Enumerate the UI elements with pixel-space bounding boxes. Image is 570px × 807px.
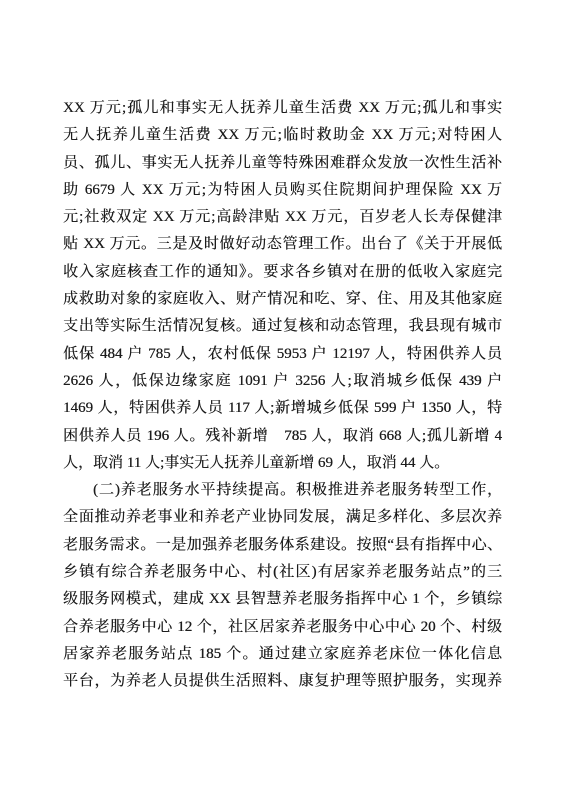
- text-line: (二)养老服务水平持续提高。积极推进养老服务转型工作，: [63, 477, 502, 504]
- text-line: 1469 人，特困供养人员 117 人;新增城乡低保 599 户 1350 人，…: [63, 395, 502, 422]
- text-line: 乡镇有综合养老服务中心、村(社区)有居家养老服务站点”的三: [63, 559, 502, 586]
- text-line: 级服务网模式，建成 XX 县智慧养老服务指挥中心 1 个，乡镇综: [63, 586, 502, 613]
- text-line: 支出等实际生活情况复核。通过复核和动态管理，我县现有城市: [63, 313, 502, 340]
- text-line: 全面推动养老事业和养老产业协同发展，满足多样化、多层次养: [63, 504, 502, 531]
- text-line: XX 万元;孤儿和事实无人抚养儿童生活费 XX 万元;孤儿和事实: [63, 95, 502, 122]
- text-line: 元;社救双定 XX 万元;高龄津贴 XX 万元，百岁老人长寿保健津: [63, 204, 502, 231]
- text-line: 人，取消 11 人;事实无人抚养儿童新增 69 人，取消 44 人。: [63, 450, 502, 477]
- text-line: 收入家庭核查工作的通知》。要求各乡镇对在册的低收入家庭完: [63, 259, 502, 286]
- text-line: 低保 484 户 785 人，农村低保 5953 户 12197 人，特困供养人…: [63, 341, 502, 368]
- document-body: XX 万元;孤儿和事实无人抚养儿童生活费 XX 万元;孤儿和事实无人抚养儿童生活…: [63, 95, 502, 696]
- text-line: 助 6679 人 XX 万元;为特困人员购买住院期间护理保险 XX 万: [63, 177, 502, 204]
- text-line: 成救助对象的家庭收入、财产情况和吃、穿、住、用及其他家庭: [63, 286, 502, 313]
- text-line: 2626 人，低保边缘家庭 1091 户 3256 人;取消城乡低保 439 户: [63, 368, 502, 395]
- text-line: 平台，为养老人员提供生活照料、康复护理等照护服务，实现养: [63, 668, 502, 695]
- text-line: 困供养人员 196 人。残补新增 785 人，取消 668 人;孤儿新增 4: [63, 423, 502, 450]
- text-line: 员、孤儿、事实无人抚养儿童等特殊困难群众发放一次性生活补: [63, 150, 502, 177]
- text-line: 居家养老服务站点 185 个。通过建立家庭养老床位一体化信息: [63, 641, 502, 668]
- text-line: 无人抚养儿童生活费 XX 万元;临时救助金 XX 万元;对特困人: [63, 122, 502, 149]
- text-line: 合养老服务中心 12 个，社区居家养老服务中心中心 20 个、村级: [63, 614, 502, 641]
- text-line: 贴 XX 万元。三是及时做好动态管理工作。出台了《关于开展低: [63, 231, 502, 258]
- document-page: XX 万元;孤儿和事实无人抚养儿童生活费 XX 万元;孤儿和事实无人抚养儿童生活…: [0, 0, 570, 807]
- text-line: 老服务需求。一是加强养老服务体系建设。按照“县有指挥中心、: [63, 532, 502, 559]
